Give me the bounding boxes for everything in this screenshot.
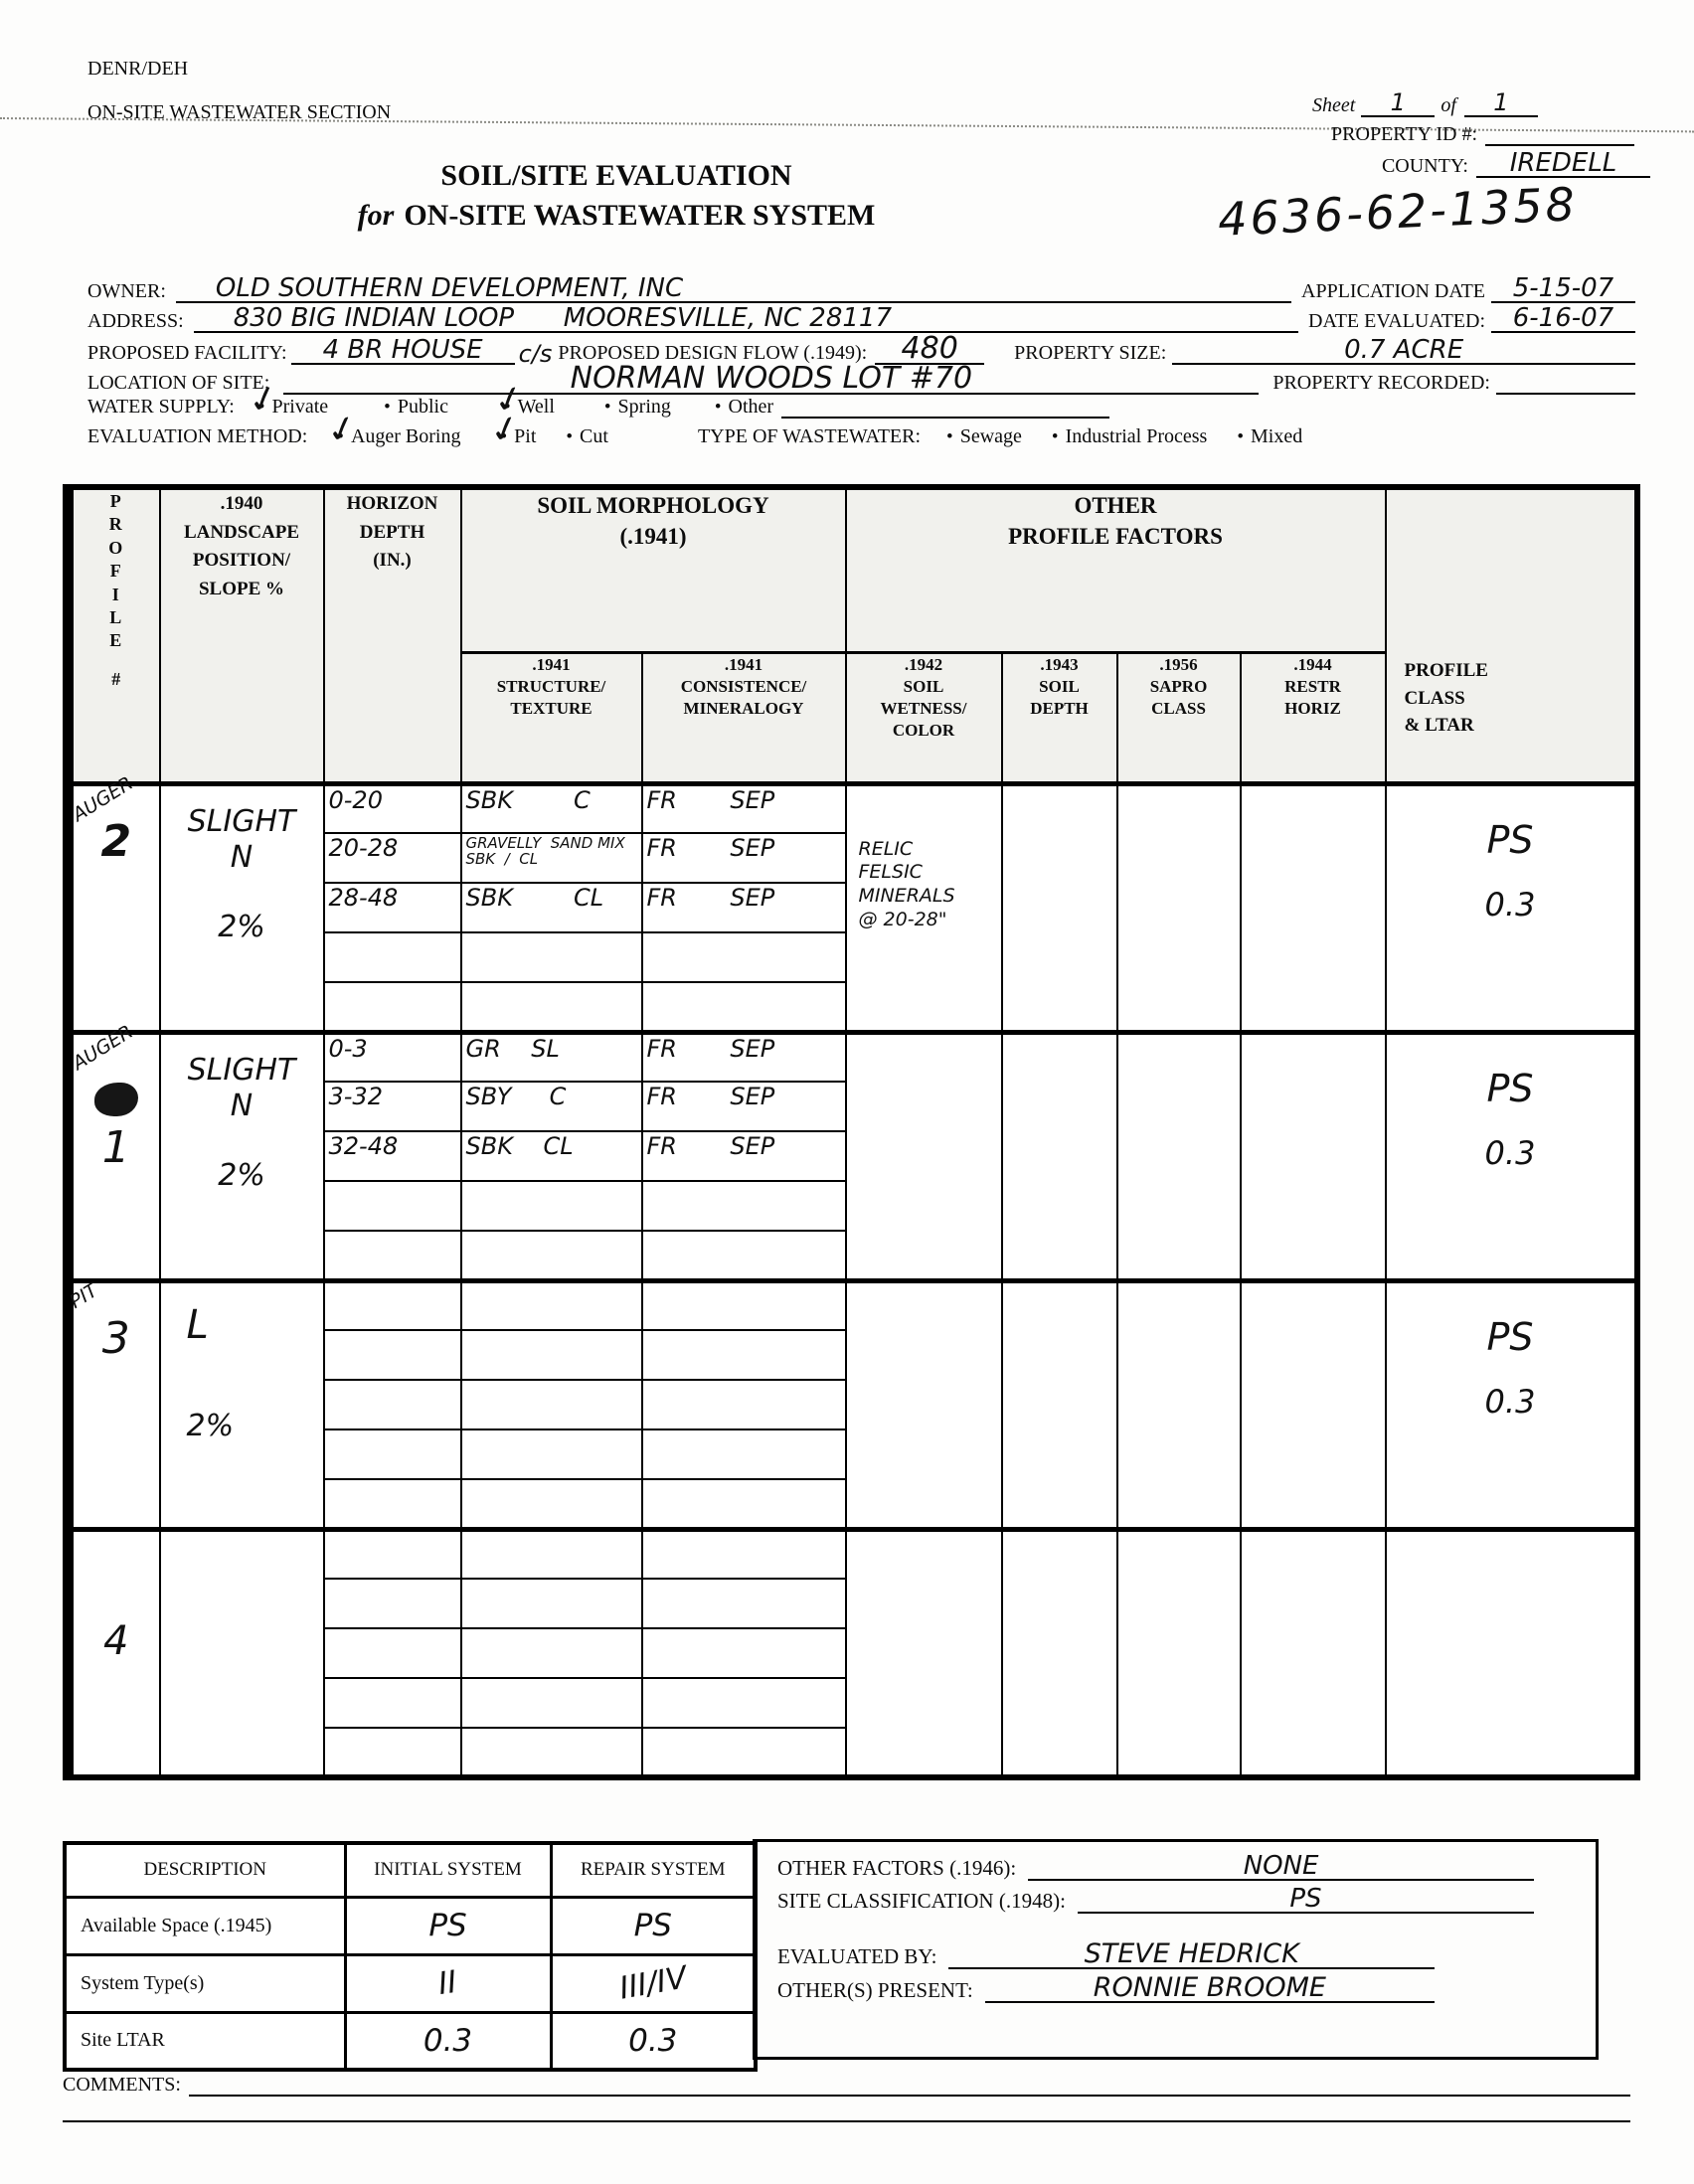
site-classification-value: PS: [1289, 1884, 1321, 1914]
summary-row-label: Available Space (.1945): [65, 1897, 345, 1954]
summary-row-label: System Type(s): [65, 1954, 345, 2012]
comments-line-2: [63, 2120, 1630, 2122]
profile-2-number: 1: [74, 1126, 159, 1170]
other-factors-field: NONE: [1028, 1854, 1534, 1881]
profile-3-sapro-cell: [1117, 1280, 1241, 1529]
soil-profile-table: P R O F I L E # .1940 LANDSCAPE POSITION…: [63, 484, 1640, 1780]
consistence-cell: [642, 1380, 846, 1429]
option-public-label: Public: [398, 396, 448, 419]
option-spring: ✓ Spring: [604, 396, 671, 419]
summary-header-description: DESCRIPTION: [65, 1843, 345, 1897]
other-factors-value: NONE: [1244, 1851, 1319, 1881]
others-present-line: OTHER(S) PRESENT: RONNIE BROOME: [777, 1975, 1574, 2003]
profile-4-landscape-cell: [160, 1529, 324, 1777]
profile-3-method-note: PIT: [66, 1279, 101, 1313]
date-evaluated-field: 6-16-07: [1491, 306, 1635, 333]
option-cut: ✓ Cut: [566, 425, 608, 448]
location-field: NORMAN WOODS LOT #70: [283, 366, 1259, 395]
profile-2-class-cell: PS 0.3: [1386, 1032, 1637, 1280]
profile-4-sapro-cell: [1117, 1529, 1241, 1777]
structure-cell: [461, 932, 642, 982]
title-line2-prefix: for: [358, 199, 395, 232]
profile-1-wetness-cell: RELIC FELSIC MINERALS @ 20-28": [846, 783, 1002, 1032]
evaluated-by-field: STEVE HEDRICK: [948, 1941, 1435, 1969]
consistence-cell: FR SEP: [642, 1082, 846, 1131]
horizon-depth-cell: [324, 1330, 461, 1380]
profile-3-soil-depth-cell: [1002, 1280, 1117, 1529]
option-sewage: ✓ Sewage: [946, 425, 1022, 448]
profile-4-number-cell: 4: [69, 1529, 160, 1777]
horizon-depth-cell: [324, 1181, 461, 1231]
wetness-note: [847, 1532, 1001, 1584]
horizon-depth-cell: [324, 1678, 461, 1728]
summary-initial-value: PS: [345, 1897, 551, 1954]
wetness-note: [847, 1035, 1001, 1087]
date-evaluated-value: 6-16-07: [1513, 303, 1613, 333]
address-value: 830 BIG INDIAN LOOP MOORESVILLE, NC 2811…: [234, 303, 892, 333]
landscape-position: SLIGHT N: [161, 1053, 323, 1124]
profile-class-value: PS: [1387, 1067, 1634, 1110]
sheet-total-field: 1: [1464, 91, 1538, 117]
horizon-depth-cell: [324, 982, 461, 1032]
profile-4-class-cell: [1386, 1529, 1637, 1777]
profile-2-wetness-cell: [846, 1032, 1002, 1280]
facility-field: 4 BR HOUSE: [291, 338, 515, 365]
application-date-field: 5-15-07: [1491, 276, 1635, 303]
water-supply-line: WATER SUPPLY: ✓ Private ✓ Public ✓ Well …: [87, 396, 1635, 419]
profile-1-number-cell: AUGER 2: [69, 783, 160, 1032]
comments-line: COMMENTS:: [63, 2074, 1630, 2097]
consistence-cell: FR SEP: [642, 783, 846, 833]
structure-cell: [461, 1728, 642, 1777]
option-mixed-label: Mixed: [1251, 425, 1302, 448]
landscape-position: L: [161, 1301, 323, 1349]
other-factors-line: OTHER FACTORS (.1946): NONE: [777, 1854, 1574, 1881]
sheet-line: Sheet 1 of 1: [1312, 91, 1538, 117]
consistence-cell: [642, 982, 846, 1032]
option-auger-boring-label: Auger Boring: [351, 425, 461, 448]
handwritten-property-number: 4636-62-1358: [1217, 177, 1579, 247]
site-classification-line: SITE CLASSIFICATION (.1948): PS: [777, 1887, 1574, 1914]
ltar-value: 0.3: [1387, 1383, 1634, 1421]
horizon-depth-cell: 20-28: [324, 833, 461, 883]
soil-morphology-group-header: SOIL MORPHOLOGY (.1941): [461, 487, 846, 652]
horizon-depth-cell: [324, 1529, 461, 1579]
option-spring-label: Spring: [618, 396, 671, 419]
structure-cell: [461, 1380, 642, 1429]
consistence-cell: FR SEP: [642, 1131, 846, 1181]
sheet-label: Sheet: [1312, 94, 1355, 117]
sheet-total-value: 1: [1493, 88, 1508, 116]
profile-1-class-cell: PS 0.3: [1386, 783, 1637, 1032]
site-evaluation-box: OTHER FACTORS (.1946): NONE SITE CLASSIF…: [753, 1839, 1599, 2060]
sheet-number-value: 1: [1391, 88, 1406, 116]
structure-cell: [461, 1429, 642, 1479]
profile-3-number: 3: [74, 1317, 159, 1361]
summary-repair-value: III/IV: [551, 1954, 756, 2012]
horizon-depth-cell: [324, 1579, 461, 1628]
property-id-field: [1485, 144, 1634, 146]
option-private: ✓ Private: [258, 396, 328, 419]
ltar-value: 0.3: [1387, 886, 1634, 924]
water-other-field: [781, 417, 1109, 419]
profile-3-number-cell: PIT 3: [69, 1280, 160, 1529]
option-industrial-process: ✓ Industrial Process: [1052, 425, 1207, 448]
structure-cell: [461, 1678, 642, 1728]
profile-3-landscape-cell: L 2%: [160, 1280, 324, 1529]
profile-1-number: 2: [74, 820, 159, 864]
owner-line: OWNER: OLD SOUTHERN DEVELOPMENT, INC APP…: [87, 276, 1635, 303]
system-summary-table: DESCRIPTION INITIAL SYSTEM REPAIR SYSTEM…: [63, 1841, 758, 2072]
facility-label: PROPOSED FACILITY:: [87, 342, 287, 365]
wetness-note: [847, 1283, 1001, 1335]
sapro-class-header: .1956 SAPRO CLASS: [1117, 652, 1241, 783]
horizon-depth-cell: [324, 932, 461, 982]
scribble-mark: [94, 1083, 138, 1116]
horizon-depth-header: HORIZON DEPTH (IN.): [324, 487, 461, 783]
summary-repair-value: 0.3: [551, 2012, 756, 2070]
structure-cell: GR SL: [461, 1032, 642, 1082]
structure-cell: GRAVELLY SAND MIX SBK / CL: [461, 833, 642, 883]
of-label: of: [1440, 94, 1456, 117]
option-cut-label: Cut: [580, 425, 608, 448]
consistence-cell: [642, 1579, 846, 1628]
ltar-value: 0.3: [1387, 1134, 1634, 1172]
horizon-depth-cell: 32-48: [324, 1131, 461, 1181]
horizon-depth-cell: [324, 1429, 461, 1479]
horizon-depth-cell: 0-3: [324, 1032, 461, 1082]
profile-class-value: PS: [1387, 1315, 1634, 1359]
title-line2: forON-SITE WASTEWATER SYSTEM: [298, 199, 934, 233]
structure-cell: [461, 1479, 642, 1529]
consistence-cell: FR SEP: [642, 1032, 846, 1082]
consistence-cell: FR SEP: [642, 883, 846, 932]
structure-cell: [461, 1280, 642, 1330]
slope-value: 2%: [161, 910, 323, 944]
profile-hash: #: [74, 669, 159, 690]
others-present-value: RONNIE BROOME: [1094, 1972, 1326, 2003]
landscape-header: .1940 LANDSCAPE POSITION/ SLOPE %: [160, 487, 324, 783]
structure-cell: SBK C: [461, 783, 642, 833]
other-factors-label: OTHER FACTORS (.1946):: [777, 1856, 1016, 1881]
others-present-label: OTHER(S) PRESENT:: [777, 1978, 973, 2003]
profile-2-restr-cell: [1241, 1032, 1386, 1280]
profile-4-restr-cell: [1241, 1529, 1386, 1777]
option-sewage-label: Sewage: [960, 425, 1022, 448]
date-evaluated-label: DATE EVALUATED:: [1308, 310, 1485, 333]
horizon-depth-cell: 3-32: [324, 1082, 461, 1131]
profile-3-wetness-cell: [846, 1280, 1002, 1529]
consistence-cell: [642, 1678, 846, 1728]
evaluation-method-line: EVALUATION METHOD: ✓ Auger Boring ✓ Pit …: [87, 425, 1635, 448]
consistence-cell: [642, 1529, 846, 1579]
comments-field: [189, 2095, 1630, 2097]
slope-value: 2%: [161, 1409, 323, 1443]
county-label: COUNTY:: [1382, 155, 1468, 178]
property-size-field: 0.7 ACRE: [1172, 338, 1635, 365]
structure-cell: [461, 1181, 642, 1231]
profile-3-restr-cell: [1241, 1280, 1386, 1529]
other-profile-factors-group-header: OTHER PROFILE FACTORS: [846, 487, 1386, 652]
consistence-cell: [642, 1479, 846, 1529]
facility-note: c/s: [519, 343, 553, 365]
form-title: SOIL/SITE EVALUATION forON-SITE WASTEWAT…: [298, 159, 934, 233]
profile-1-landscape-cell: SLIGHT N 2%: [160, 783, 324, 1032]
horizon-depth-cell: [324, 1479, 461, 1529]
structure-cell: [461, 1330, 642, 1380]
consistence-cell: [642, 1628, 846, 1678]
profile-1-restr-cell: [1241, 783, 1386, 1032]
profile-1-sapro-cell: [1117, 783, 1241, 1032]
location-label: LOCATION OF SITE:: [87, 372, 269, 395]
option-industrial-process-label: Industrial Process: [1066, 425, 1208, 448]
consistence-cell: [642, 1330, 846, 1380]
structure-cell: SBK CL: [461, 1131, 642, 1181]
owner-label: OWNER:: [87, 280, 166, 303]
location-value: NORMAN WOODS LOT #70: [571, 361, 972, 396]
scanned-form-page: DENR/DEH ON-SITE WASTEWATER SECTION Shee…: [0, 0, 1694, 2184]
profile-1-soil-depth-cell: [1002, 783, 1117, 1032]
property-size-label: PROPERTY SIZE:: [1014, 342, 1166, 365]
title-line1: SOIL/SITE EVALUATION: [298, 159, 934, 193]
water-supply-label: WATER SUPPLY:: [87, 396, 235, 419]
structure-cell: SBK CL: [461, 883, 642, 932]
soil-wetness-header: .1942 SOIL WETNESS/ COLOR: [846, 652, 1002, 783]
profile-4-wetness-cell: [846, 1529, 1002, 1777]
consistence-mineralogy-header: .1941 CONSISTENCE/ MINERALOGY: [642, 652, 846, 783]
option-other-label: Other: [729, 396, 774, 419]
structure-cell: SBY C: [461, 1082, 642, 1131]
profile-2-sapro-cell: [1117, 1032, 1241, 1280]
evaluated-by-label: EVALUATED BY:: [777, 1944, 936, 1969]
county-field: IREDELL: [1476, 151, 1650, 178]
structure-cell: [461, 1231, 642, 1280]
consistence-cell: FR SEP: [642, 833, 846, 883]
sheet-number-field: 1: [1361, 91, 1435, 117]
option-mixed: ✓ Mixed: [1237, 425, 1302, 448]
owner-value: OLD SOUTHERN DEVELOPMENT, INC: [216, 273, 683, 303]
profile-2-number-cell: AUGER 1: [69, 1032, 160, 1280]
option-other: ✓ Other: [715, 396, 773, 419]
evaluated-by-value: STEVE HEDRICK: [1085, 1938, 1299, 1969]
property-recorded-label: PROPERTY RECORDED:: [1272, 372, 1490, 395]
landscape-position: SLIGHT N: [161, 804, 323, 876]
location-line: LOCATION OF SITE: NORMAN WOODS LOT #70 P…: [87, 366, 1635, 395]
option-pit: ✓ Pit: [500, 425, 536, 448]
property-id-line: PROPERTY ID #:: [1143, 123, 1634, 146]
others-present-field: RONNIE BROOME: [985, 1975, 1435, 2003]
option-public: ✓ Public: [384, 396, 448, 419]
profile-class-value: PS: [1387, 818, 1634, 862]
property-recorded-field: [1496, 393, 1635, 395]
structure-cell: [461, 1529, 642, 1579]
summary-row-label: Site LTAR: [65, 2012, 345, 2070]
wetness-note: RELIC FELSIC MINERALS @ 20-28": [847, 786, 1001, 932]
horizon-depth-cell: [324, 1280, 461, 1330]
site-classification-label: SITE CLASSIFICATION (.1948):: [777, 1889, 1066, 1914]
structure-texture-header: .1941 STRUCTURE/ TEXTURE: [461, 652, 642, 783]
consistence-cell: [642, 1231, 846, 1280]
site-classification-field: PS: [1078, 1887, 1534, 1914]
profile-class-header: PROFILE CLASS & LTAR: [1386, 487, 1637, 783]
profile-4-soil-depth-cell: [1002, 1529, 1117, 1777]
facility-value: 4 BR HOUSE: [323, 335, 483, 365]
horizon-depth-cell: [324, 1380, 461, 1429]
profile-number-header: P R O F I L E #: [69, 487, 160, 783]
profile-3-class-cell: PS 0.3: [1386, 1280, 1637, 1529]
comments-label: COMMENTS:: [63, 2074, 181, 2097]
wastewater-label: TYPE OF WASTEWATER:: [698, 425, 921, 448]
property-id-label: PROPERTY ID #:: [1331, 123, 1477, 146]
county-line: COUNTY: IREDELL: [1143, 151, 1650, 178]
county-value: IREDELL: [1510, 148, 1617, 178]
horizon-depth-cell: [324, 1628, 461, 1678]
option-auger-boring: ✓ Auger Boring: [337, 425, 460, 448]
horizon-depth-cell: 28-48: [324, 883, 461, 932]
slope-value: 2%: [161, 1158, 323, 1193]
application-date-label: APPLICATION DATE: [1301, 280, 1485, 303]
summary-header-initial: INITIAL SYSTEM: [345, 1843, 551, 1897]
summary-header-repair: REPAIR SYSTEM: [551, 1843, 756, 1897]
profile-letters: P R O F I L E: [74, 490, 159, 653]
agency-name: DENR/DEH: [87, 58, 188, 81]
structure-cell: [461, 1579, 642, 1628]
horizon-depth-cell: [324, 1231, 461, 1280]
application-date-value: 5-15-07: [1513, 273, 1613, 303]
address-field: 830 BIG INDIAN LOOP MOORESVILLE, NC 2811…: [194, 306, 1298, 333]
evaluation-method-label: EVALUATION METHOD:: [87, 425, 307, 448]
soil-depth-header: .1943 SOIL DEPTH: [1002, 652, 1117, 783]
consistence-cell: [642, 1181, 846, 1231]
owner-field: OLD SOUTHERN DEVELOPMENT, INC: [176, 276, 1291, 303]
address-label: ADDRESS:: [87, 310, 184, 333]
structure-cell: [461, 982, 642, 1032]
section-name: ON-SITE WASTEWATER SECTION: [87, 101, 391, 124]
summary-initial-value: II: [345, 1954, 551, 2012]
consistence-cell: [642, 1728, 846, 1777]
restr-horiz-header: .1944 RESTR HORIZ: [1241, 652, 1386, 783]
profile-4-number: 4: [74, 1621, 159, 1661]
consistence-cell: [642, 1429, 846, 1479]
horizon-depth-cell: 0-20: [324, 783, 461, 833]
summary-repair-value: PS: [551, 1897, 756, 1954]
profile-2-landscape-cell: SLIGHT N 2%: [160, 1032, 324, 1280]
profile-2-soil-depth-cell: [1002, 1032, 1117, 1280]
address-line: ADDRESS: 830 BIG INDIAN LOOP MOORESVILLE…: [87, 306, 1635, 333]
summary-initial-value: 0.3: [345, 2012, 551, 2070]
property-size-value: 0.7 ACRE: [1344, 335, 1463, 365]
evaluated-by-line: EVALUATED BY: STEVE HEDRICK: [777, 1941, 1574, 1969]
consistence-cell: [642, 1280, 846, 1330]
structure-cell: [461, 1628, 642, 1678]
horizon-depth-cell: [324, 1728, 461, 1777]
consistence-cell: [642, 932, 846, 982]
